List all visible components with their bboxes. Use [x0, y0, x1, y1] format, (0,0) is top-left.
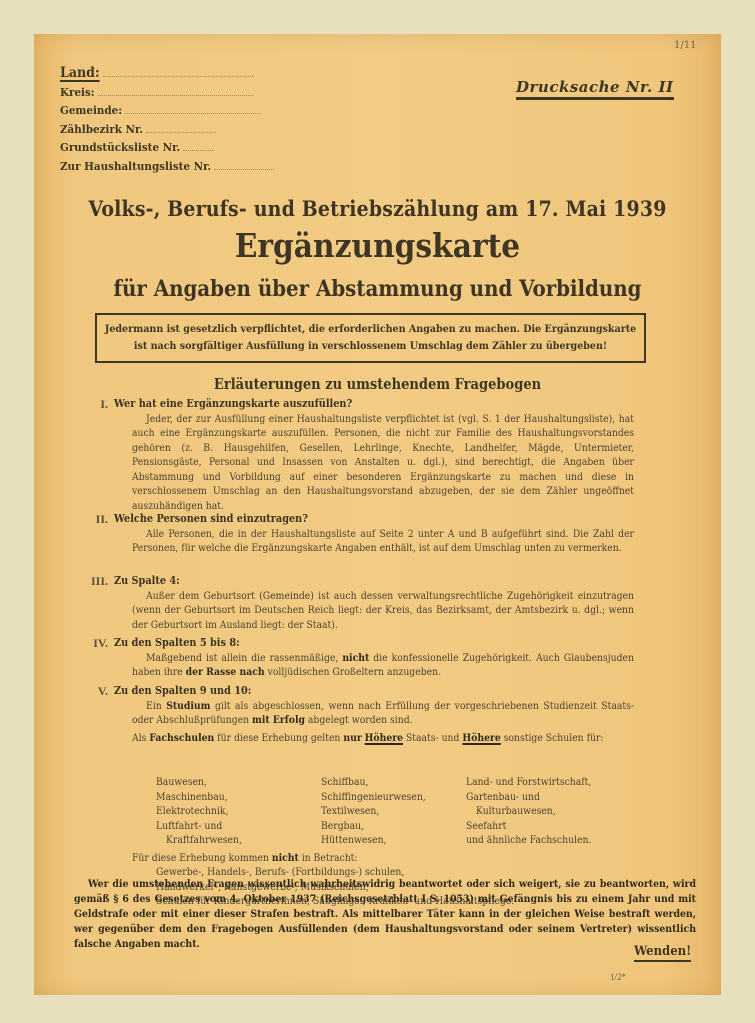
field-label: Grundstücksliste Nr. [60, 138, 180, 157]
field-label: Kreis: [60, 83, 95, 102]
field-gemeinde: Gemeinde: [60, 101, 274, 120]
form-title: Ergänzungskarte [34, 226, 721, 265]
fachschulen-intro: Als Fachschulen für diese Erhebung gelte… [132, 731, 634, 746]
footer-code: 1/2* [610, 972, 626, 982]
field-blank[interactable] [125, 101, 260, 114]
section-1: I.Wer hat eine Ergänzungskarte auszufüll… [114, 397, 634, 513]
field-kreis: Kreis: [60, 83, 274, 102]
section-number: IV. [93, 636, 108, 651]
document-page: 1/11 Land: Kreis: Gemeinde: Zählbezirk N… [34, 34, 721, 995]
section-2: II.Welche Personen sind einzutragen? All… [114, 512, 634, 556]
field-blank[interactable] [183, 138, 213, 151]
form-subtitle: für Angaben über Abstammung und Vorbildu… [34, 276, 721, 302]
field-zaehlbezirk: Zählbezirk Nr. [60, 120, 274, 139]
penalty-warning: Wer die umstehenden Fragen wissentlich w… [74, 877, 696, 952]
field-haushaltungsliste: Zur Haushaltungsliste Nr. [60, 157, 274, 176]
field-label: Land: [60, 64, 100, 83]
section-heading: Wer hat eine Ergänzungskarte auszufüllen… [114, 397, 352, 410]
field-label: Zur Haushaltungsliste Nr. [60, 157, 211, 176]
section-text: Jeder, der zur Ausfüllung einer Haushalt… [132, 412, 634, 514]
drucksache-label: Drucksache Nr. II [516, 78, 674, 100]
section-text: Ein Studium gilt als abgeschlossen, wenn… [132, 699, 634, 728]
section-heading: Zu den Spalten 5 bis 8: [114, 636, 240, 649]
header-fields: Land: Kreis: Gemeinde: Zählbezirk Nr. Gr… [60, 64, 274, 175]
field-label: Zählbezirk Nr. [60, 120, 143, 139]
field-grundstuecksliste: Grundstücksliste Nr. [60, 138, 274, 157]
turn-over-label: Wenden! [634, 944, 691, 962]
section-text: Alle Personen, die in der Haushaltungsli… [132, 527, 634, 556]
field-label: Gemeinde: [60, 101, 122, 120]
section-text: Maßgebend ist allein die rassenmäßige, n… [132, 651, 634, 680]
page-number: 1/11 [674, 40, 696, 51]
field-blank[interactable] [146, 120, 216, 133]
field-blank[interactable] [98, 83, 253, 96]
section-3: III.Zu Spalte 4: Außer dem Geburtsort (G… [114, 574, 634, 632]
section-number: V. [98, 684, 108, 699]
field-land: Land: [60, 64, 274, 83]
section-text: Außer dem Geburtsort (Gemeinde) ist auch… [132, 589, 634, 633]
census-title: Volks-, Berufs- und Betriebszählung am 1… [34, 196, 721, 221]
field-blank[interactable] [214, 157, 274, 170]
section-number: II. [96, 512, 108, 527]
fachschulen-list: Bauwesen,Schiffbau,Land- und Forstwirtsc… [156, 775, 656, 848]
section-number: I. [100, 397, 108, 412]
section-heading: Zu den Spalten 9 und 10: [114, 684, 251, 697]
explanations-heading: Erläuterungen zu umstehendem Fragebogen [34, 376, 721, 393]
field-blank[interactable] [103, 64, 253, 77]
section-heading: Zu Spalte 4: [114, 574, 180, 587]
legal-notice-box: Jedermann ist gesetzlich verpflichtet, d… [95, 313, 646, 363]
section-number: III. [91, 574, 108, 589]
section-4: IV.Zu den Spalten 5 bis 8: Maßgebend ist… [114, 636, 634, 680]
not-considered-intro: Für diese Erhebung kommen nicht in Betra… [132, 851, 358, 866]
section-5: V.Zu den Spalten 9 und 10: Ein Studium g… [114, 684, 634, 745]
section-heading: Welche Personen sind einzutragen? [114, 512, 308, 525]
